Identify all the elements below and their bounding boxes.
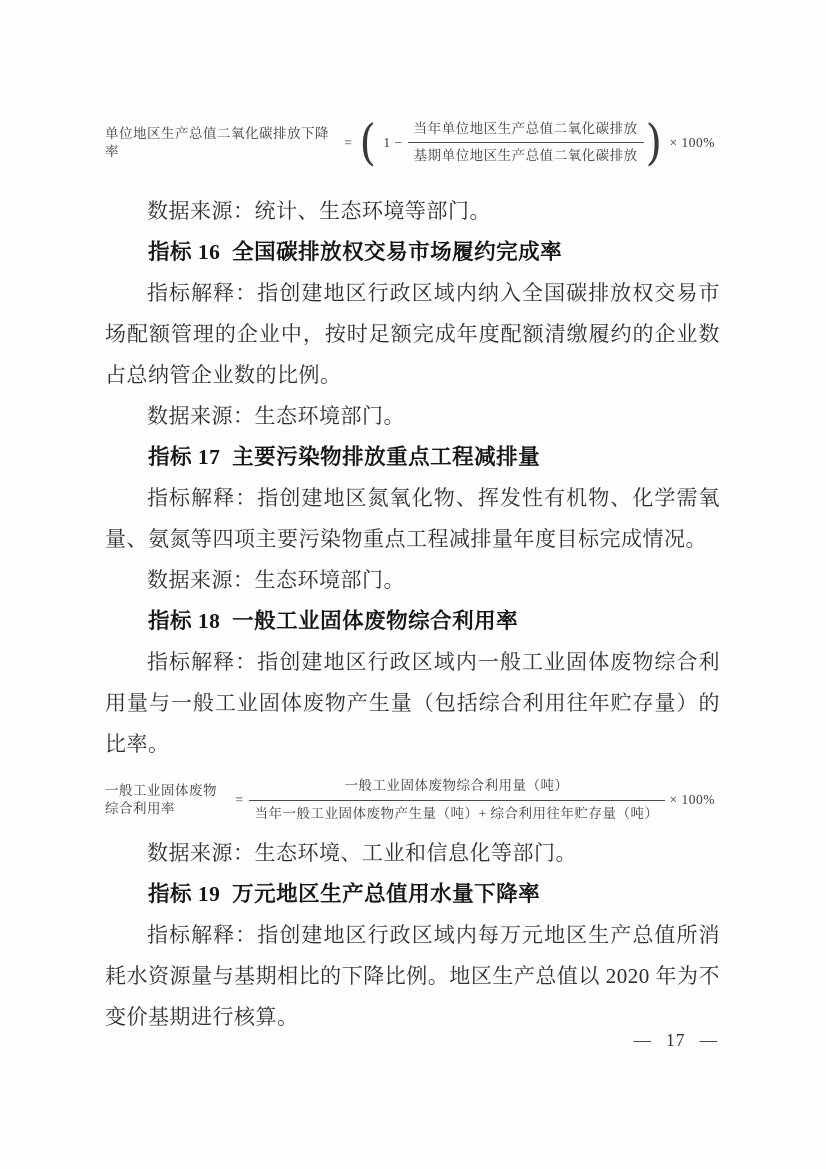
waste-fraction-numerator: 一般工业固体废物综合利用量（吨） [249,777,665,800]
datasource-indicator-18: 数据来源：生态环境、工业和信息化等部门。 [105,833,720,874]
heading-indicator-18: 指标 18 一般工业固体废物综合利用率 [105,601,720,642]
datasource-co2: 数据来源：统计、生态环境等部门。 [105,191,720,232]
one-minus-term: 1 − [383,134,402,152]
page-number-value: 17 [666,1030,686,1050]
body-indicator-18: 指标解释：指创建地区行政区域内一般工业固体废物综合利用量与一般工业固体废物产生量… [105,642,720,765]
close-paren: ) [646,119,663,167]
heading-indicator-19: 指标 19 万元地区生产总值用水量下降率 [105,874,720,915]
multiplier-100-percent: × 100% [670,791,715,809]
heading-indicator-16: 指标 16 全国碳排放权交易市场履约完成率 [105,232,720,273]
page-number-right-dash: — [700,1030,719,1050]
equals-sign: = [344,134,352,152]
co2-fraction-denominator: 基期单位地区生产总值二氧化碳排放 [408,143,644,165]
page-number-left-dash: — [634,1030,653,1050]
body-indicator-16: 指标解释：指创建地区行政区域内纳入全国碳排放权交易市场配额管理的企业中，按时足额… [105,273,720,396]
formula-co2-reduction-rate: 单位地区生产总值二氧化碳排放下降率 = ( 1 − 当年单位地区生产总值二氧化碳… [105,120,720,165]
co2-fraction-numerator: 当年单位地区生产总值二氧化碳排放 [408,120,644,143]
co2-fraction: 当年单位地区生产总值二氧化碳排放 基期单位地区生产总值二氧化碳排放 [408,120,644,165]
datasource-indicator-17: 数据来源：生态环境部门。 [105,560,720,601]
datasource-indicator-16: 数据来源：生态环境部门。 [105,396,720,437]
waste-fraction: 一般工业固体废物综合利用量（吨） 当年一般工业固体废物产生量（吨）+ 综合利用往… [249,777,665,822]
page-number: —17— [634,1030,719,1051]
body-indicator-17: 指标解释：指创建地区氮氧化物、挥发性有机物、化学需氧量、氨氮等四项主要污染物重点… [105,478,720,560]
open-paren: ( [359,119,376,167]
heading-indicator-17: 指标 17 主要污染物排放重点工程减排量 [105,437,720,478]
waste-fraction-denominator: 当年一般工业固体废物产生量（吨）+ 综合利用往年贮存量（吨） [249,801,665,823]
multiplier-100-percent: × 100% [670,134,715,152]
document-page: 单位地区生产总值二氧化碳排放下降率 = ( 1 − 当年单位地区生产总值二氧化碳… [0,0,826,1169]
body-indicator-19: 指标解释：指创建地区行政区域内每万元地区生产总值所消耗水资源量与基期相比的下降比… [105,915,720,1038]
formula-co2-label: 单位地区生产总值二氧化碳排放下降率 [105,125,339,161]
formula-waste-label: 一般工业固体废物综合利用率 [105,782,230,818]
equals-sign: = [235,791,243,809]
formula-solid-waste-utilization-rate: 一般工业固体废物综合利用率 = 一般工业固体废物综合利用量（吨） 当年一般工业固… [105,777,720,822]
